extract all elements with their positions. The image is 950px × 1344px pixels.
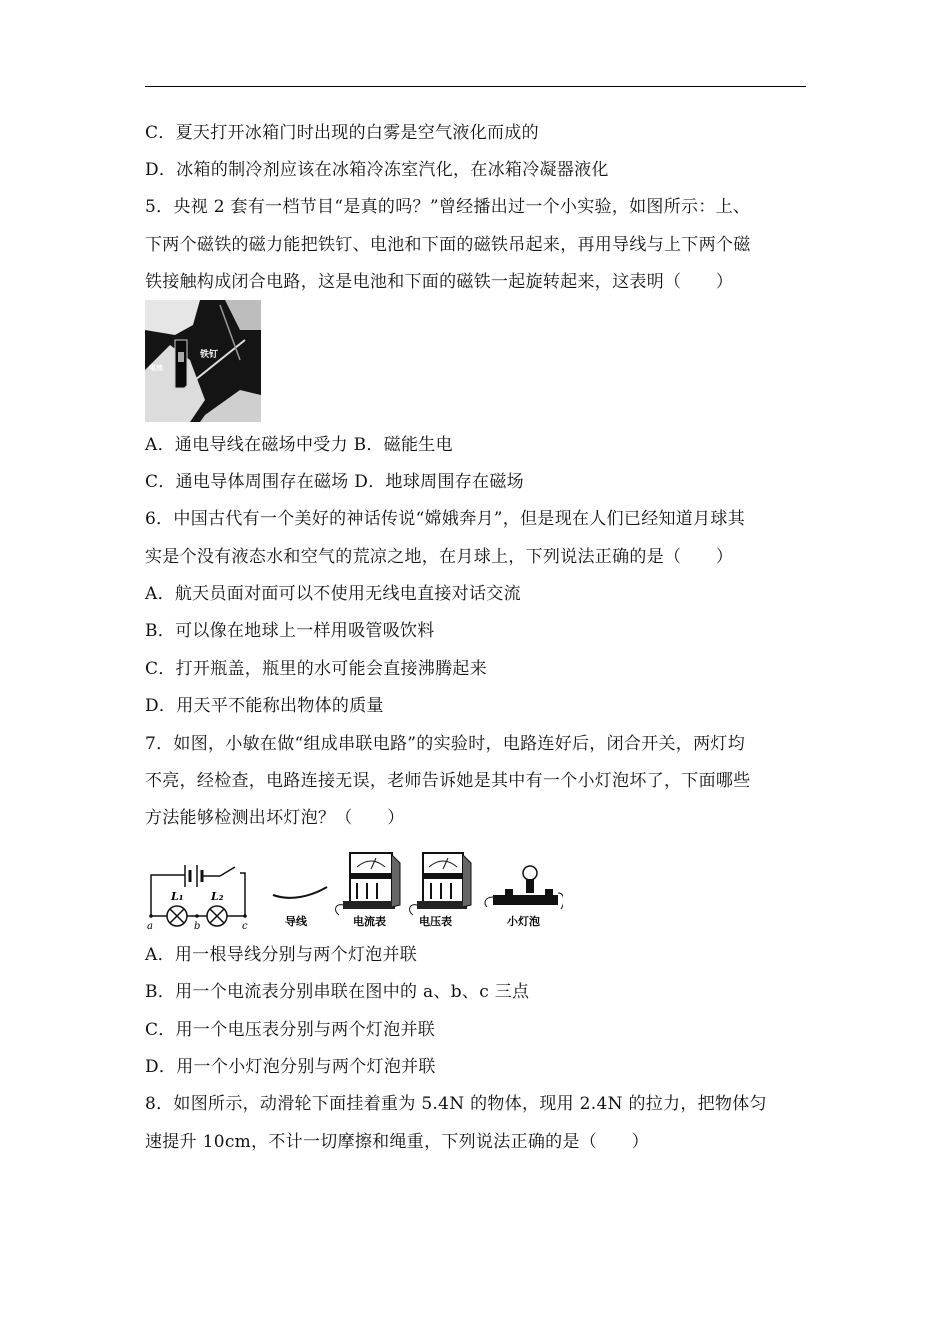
q7-stem-line1: 7．如图，小敏在做“组成串联电路”的实验时，电路连好后，闭合开关，两灯均 [145,733,745,755]
q5-stem-line1: 5．央视 2 套有一档节目“是真的吗？”曾经播出过一个小实验，如图所示：上、 [145,196,750,218]
point-c-label: c [242,921,248,929]
header-rule [145,86,806,87]
voltmeter-icon [410,853,471,915]
small-bulb-icon [485,866,563,909]
q7-option-a: A．用一根导线分别与两个灯泡并联 [145,944,417,966]
voltmeter-label: 电压表 [419,914,452,928]
q7-stem-line2: 不亮，经检查，电路连接无误，老师告诉她是其中有一个小灯泡坏了，下面哪些 [145,770,751,792]
q8-stem-line2: 速提升 10cm，不计一切摩擦和绳重，下列说法正确的是（ ） [145,1131,649,1153]
q4-option-c: C．夏天打开冰箱门时出现的白雾是空气液化而成的 [145,122,539,144]
q4-option-d: D．冰箱的制冷剂应该在冰箱冷冻室汽化，在冰箱冷凝器液化 [145,159,609,181]
q5-options-ab: A．通电导线在磁场中受力 B．磁能生电 [145,434,453,456]
q6-option-c: C．打开瓶盖，瓶里的水可能会直接沸腾起来 [145,658,487,680]
nail-label: 铁钉 [199,348,218,360]
point-a-label: a [147,921,153,929]
q6-stem-line1: 6．中国古代有一个美好的神话传说“嫦娥奔月”，但是现在人们已经知道月球其 [145,508,745,530]
lamp-l2-label: L₂ [210,890,224,903]
q6-option-d: D．用天平不能称出物体的质量 [145,695,384,717]
wire-label: 导线 [285,914,308,928]
q5-stem-line3: 铁接触构成闭合电路，这是电池和下面的磁铁一起旋转起来，这表明（ ） [145,271,733,293]
ammeter-label: 电流表 [353,914,386,928]
q6-stem-line2: 实是个没有液态水和空气的荒凉之地，在月球上，下列说法正确的是（ ） [145,546,733,568]
q5-stem-line2: 下两个磁铁的磁力能把铁钉、电池和下面的磁铁吊起来，再用导线与上下两个磁 [145,234,751,256]
q8-stem-line1: 8．如图所示，动滑轮下面挂着重为 5.4N 的物体，现用 2.4N 的拉力，把物… [145,1093,767,1115]
q7-option-b: B．用一个电流表分别串联在图中的 a、b、c 三点 [145,981,529,1003]
circuit-and-tools-figure: L₁ L₂ a b c 导线 电流表 [145,845,563,929]
wire-icon [273,887,327,898]
small-bulb-label: 小灯泡 [507,914,540,928]
ammeter-icon [336,853,400,915]
battery-label: 电池 [149,363,163,372]
q6-option-a: A．航天员面对面可以不使用无线电直接对话交流 [145,583,521,605]
q7-stem-line3: 方法能够检测出坏灯泡？（ ） [145,807,405,829]
q7-option-d: D．用一个小灯泡分别与两个灯泡并联 [145,1056,436,1078]
lamp-l1-label: L₁ [170,890,184,903]
magnet-experiment-photo: 铁钉 电池 [145,300,261,422]
q5-options-cd: C．通电导体周围存在磁场 D．地球周围存在磁场 [145,471,524,493]
q6-option-b: B．可以像在地球上一样用吸管吸饮料 [145,620,435,642]
q7-option-c: C．用一个电压表分别与两个灯泡并联 [145,1019,435,1041]
point-b-label: b [194,921,200,929]
